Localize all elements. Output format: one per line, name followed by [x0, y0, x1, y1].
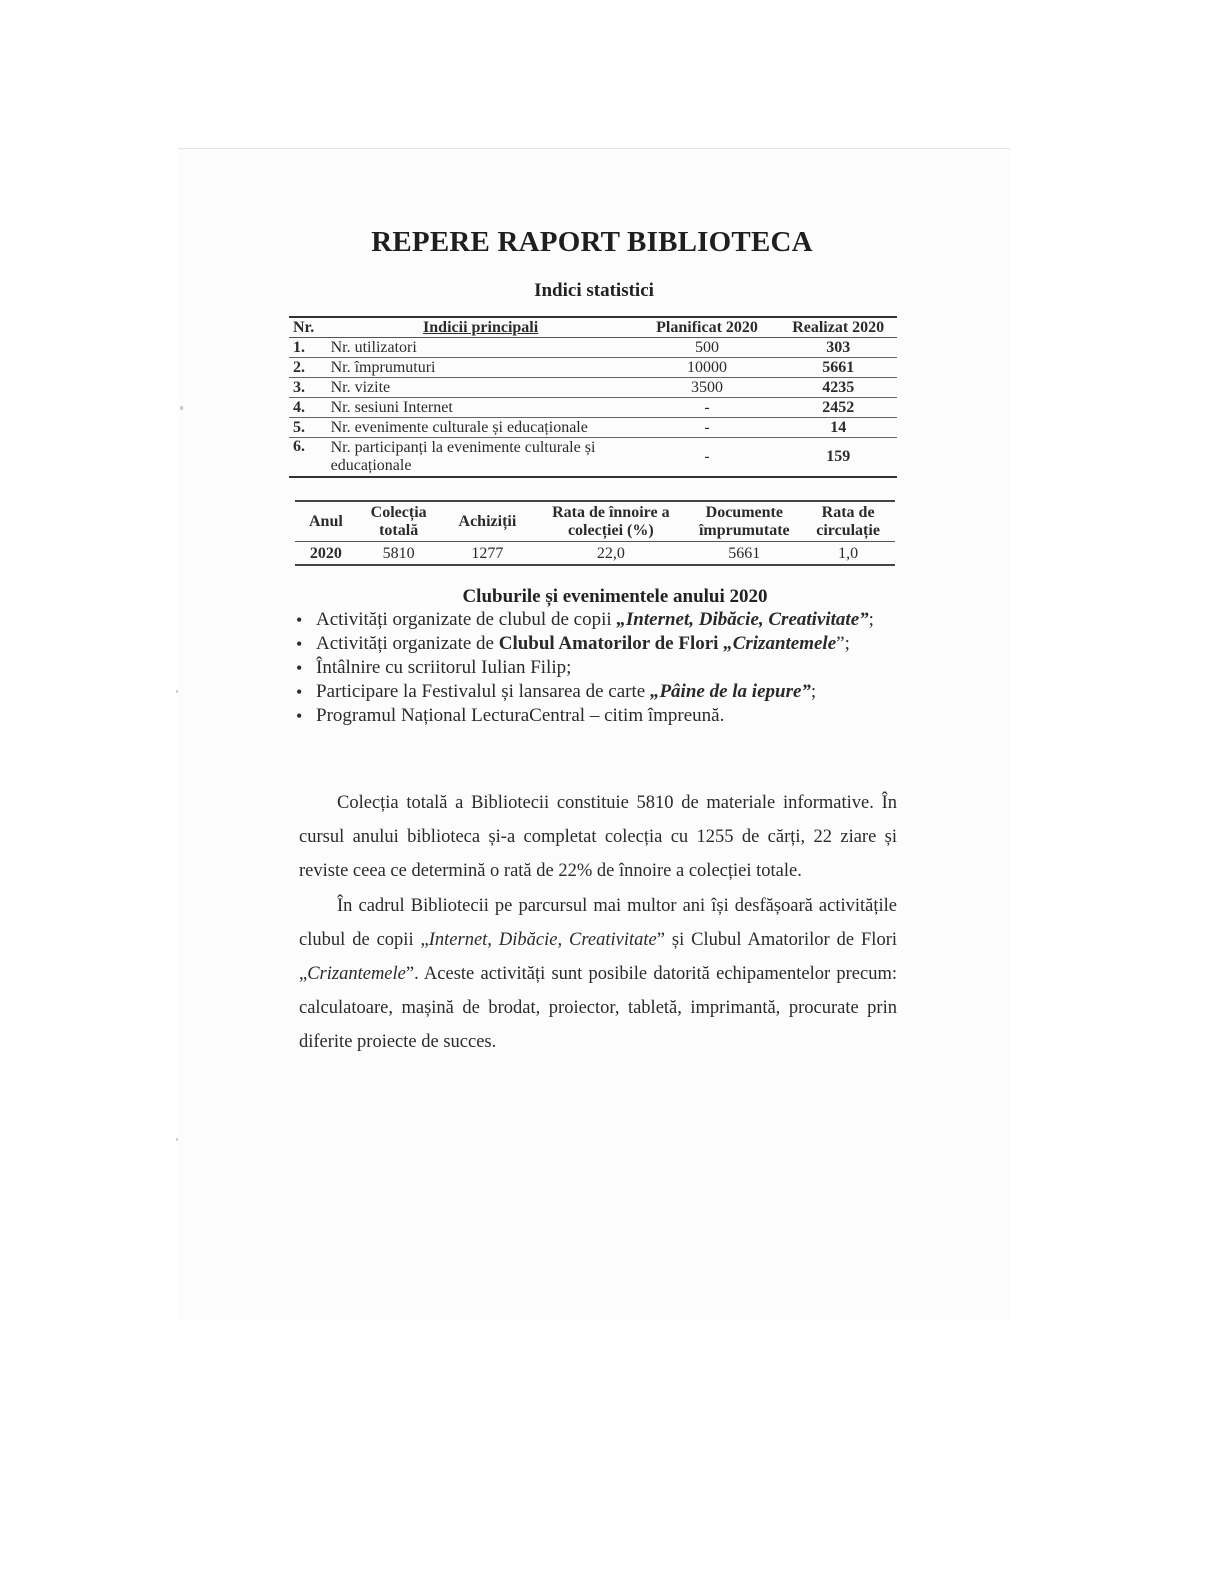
row-number: 6.: [289, 438, 327, 478]
cell-renewal-rate: 22,0: [534, 542, 687, 566]
row-planned: -: [635, 398, 780, 418]
table-row: 2. Nr. împrumuturi 10000 5661: [289, 358, 897, 378]
row-indicator: Nr. participanți la evenimente culturale…: [327, 438, 635, 478]
row-number: 3.: [289, 378, 327, 398]
document-title: REPERE RAPORT BIBLIOTECA: [0, 226, 1184, 259]
cell-circulation-rate: 1,0: [801, 542, 895, 566]
item-suffix: ;: [869, 609, 874, 630]
row-indicator: Nr. împrumuturi: [327, 358, 635, 378]
collection-paragraph: Colecția totală a Bibliotecii constituie…: [299, 786, 897, 888]
item-suffix: ”;: [836, 633, 850, 654]
header-achieved: Realizat 2020: [779, 317, 897, 338]
collection-header-row: Anul Colecția totală Achiziții Rata de î…: [295, 501, 895, 542]
row-achieved: 5661: [779, 358, 897, 378]
row-achieved: 14: [779, 418, 897, 438]
list-item: Activități organizate de Clubul Amatoril…: [296, 632, 896, 656]
item-suffix: ;: [811, 681, 816, 702]
row-planned: 500: [635, 338, 780, 358]
table-row: 3. Nr. vizite 3500 4235: [289, 378, 897, 398]
indicators-table: Nr. Indicii principali Planificat 2020 R…: [289, 316, 897, 478]
header-total-collection: Colecția totală: [357, 501, 441, 542]
cell-year: 2020: [295, 542, 357, 566]
header-year: Anul: [295, 501, 357, 542]
list-item: Programul Național LecturaCentral – citi…: [296, 704, 896, 728]
row-indicator: Nr. evenimente culturale și educaționale: [327, 418, 635, 438]
row-planned: -: [635, 438, 780, 478]
header-circulation-rate: Rata de circulație: [801, 501, 895, 542]
club-name-emphasis: Internet, Dibăcie, Creativitate: [429, 930, 657, 950]
row-indicator: Nr. sesiuni Internet: [327, 398, 635, 418]
row-planned: -: [635, 418, 780, 438]
header-acquisitions: Achiziții: [441, 501, 535, 542]
scan-speck: [180, 406, 183, 410]
row-number: 1.: [289, 338, 327, 358]
clubs-list: Activități organizate de clubul de copii…: [296, 608, 896, 728]
item-text: Activități organizate de: [316, 633, 499, 654]
document-subtitle: Indici statistici: [0, 280, 1188, 302]
row-achieved: 159: [779, 438, 897, 478]
item-emphasis: „Internet, Dibăcie, Creativitate”: [616, 609, 868, 630]
collection-table: Anul Colecția totală Achiziții Rata de î…: [295, 500, 895, 566]
cell-total-collection: 5810: [357, 542, 441, 566]
row-achieved: 2452: [779, 398, 897, 418]
activities-paragraph: În cadrul Bibliotecii pe parcursul mai m…: [299, 889, 897, 1059]
row-achieved: 303: [779, 338, 897, 358]
row-number: 4.: [289, 398, 327, 418]
cell-acquisitions: 1277: [441, 542, 535, 566]
indicators-header-row: Nr. Indicii principali Planificat 2020 R…: [289, 317, 897, 338]
list-item: Participare la Festivalul și lansarea de…: [296, 680, 896, 704]
row-indicator: Nr. vizite: [327, 378, 635, 398]
scan-speck: [176, 690, 178, 693]
header-nr: Nr.: [289, 317, 327, 338]
club-name-emphasis: Crizantemele: [307, 964, 406, 984]
cell-borrowed: 5661: [687, 542, 801, 566]
table-row: 1. Nr. utilizatori 500 303: [289, 338, 897, 358]
row-achieved: 4235: [779, 378, 897, 398]
header-planned: Planificat 2020: [635, 317, 780, 338]
table-row: 4. Nr. sesiuni Internet - 2452: [289, 398, 897, 418]
item-emphasis: „Pâine de la iepure”: [650, 681, 811, 702]
item-text: Întâlnire cu scriitorul Iulian Filip;: [316, 657, 571, 678]
scan-speck: [176, 1138, 178, 1141]
item-text: Programul Național LecturaCentral – citi…: [316, 705, 724, 726]
row-indicator: Nr. utilizatori: [327, 338, 635, 358]
item-bold: Clubul Amatorilor de Flori: [499, 633, 723, 654]
header-indicator: Indicii principali: [327, 317, 635, 338]
row-planned: 10000: [635, 358, 780, 378]
clubs-section-title: Cluburile și evenimentele anului 2020: [0, 586, 1224, 608]
item-emphasis: „Crizantemele: [723, 633, 836, 654]
row-planned: 3500: [635, 378, 780, 398]
table-row: 5. Nr. evenimente culturale și educațion…: [289, 418, 897, 438]
row-number: 2.: [289, 358, 327, 378]
header-borrowed: Documente împrumutate: [687, 501, 801, 542]
list-item: Întâlnire cu scriitorul Iulian Filip;: [296, 656, 896, 680]
item-text: Activități organizate de clubul de copii: [316, 609, 616, 630]
table-row: 2020 5810 1277 22,0 5661 1,0: [295, 542, 895, 566]
table-row: 6. Nr. participanți la evenimente cultur…: [289, 438, 897, 478]
header-renewal-rate: Rata de înnoire a colecției (%): [534, 501, 687, 542]
list-item: Activități organizate de clubul de copii…: [296, 608, 896, 632]
row-number: 5.: [289, 418, 327, 438]
item-text: Participare la Festivalul și lansarea de…: [316, 681, 650, 702]
